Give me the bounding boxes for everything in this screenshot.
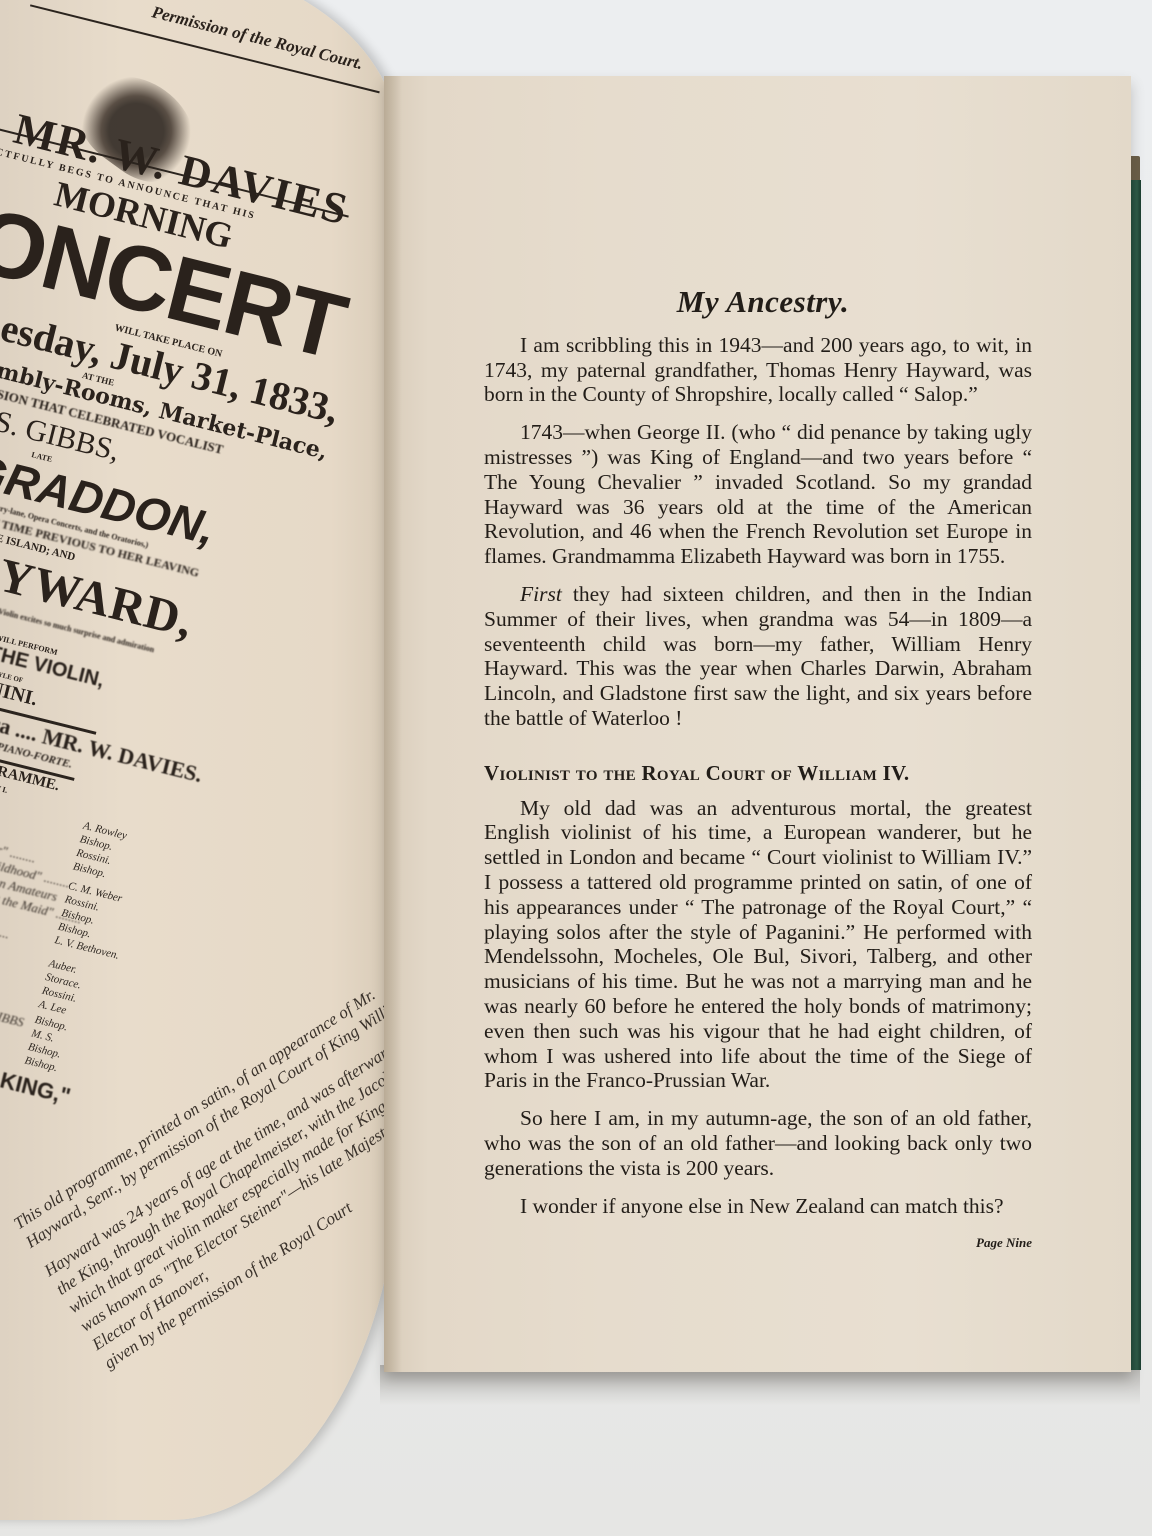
page-title: My Ancestry. <box>494 290 1032 315</box>
paragraph-3-text: they had sixteen children, and then in t… <box>484 582 1032 730</box>
emphasis-first: First <box>520 582 562 606</box>
paragraph-4: My old dad was an adventurous mortal, th… <box>484 796 1032 1094</box>
paragraph-5: So here I am, in my autumn-age, the son … <box>484 1106 1032 1180</box>
book-cover-edge <box>1131 180 1141 1370</box>
paragraph-2: 1743—when George II. (who “ did penance … <box>484 420 1032 569</box>
page-number: Page Nine <box>484 1231 1032 1256</box>
paragraph-3: First they had sixteen children, and the… <box>484 582 1032 731</box>
left-page: Permission of the Royal Court. MR. W. DA… <box>0 0 400 1520</box>
programme-line: Song — Mr. Williamson. "'tis the Indian … <box>0 940 26 1030</box>
ancestry-text: My Ancestry. I am scribbling this in 194… <box>484 290 1032 1256</box>
programme-line: Duet — Mrs. GIBBS. "Di piacer mi balza i… <box>0 783 38 867</box>
page-gutter <box>384 76 402 1372</box>
paragraph-1: I am scribbling this in 1943—and 200 yea… <box>484 333 1032 407</box>
paragraph-6: I wonder if anyone else in New Zealand c… <box>484 1194 1032 1219</box>
section-heading: Violinist to the Royal Court of William … <box>484 761 1032 786</box>
